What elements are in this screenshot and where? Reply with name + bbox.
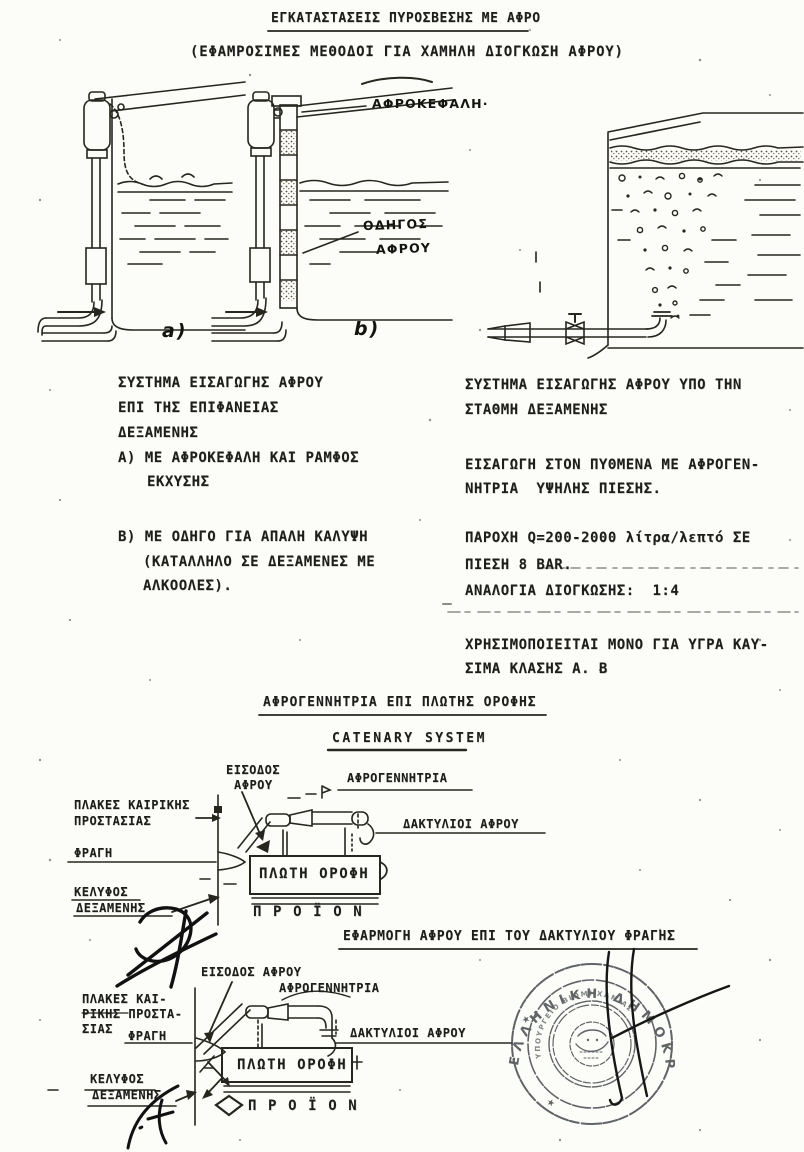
seal-label: ΦΡΑΓΗ (128, 1030, 167, 1044)
diagram-c-subsurface-tank (488, 113, 803, 358)
text-line: ΣΥΣΤΗΜΑ ΕΙΣΑΓΩΓΗΣ ΑΦΡΟΥ ΥΠΟ ΤΗΝ (465, 377, 742, 393)
diagram-b-foam-guide (212, 88, 452, 341)
weather-plates-label: ΠΛΑΚΕΣ ΚΑΙΡΙΚΗΣ (74, 799, 190, 813)
tank-shell-label: ΚΕΛΥΦΟΣ (90, 1073, 144, 1087)
foam-generator-label: ΑΦΡΟΓΕΝΝΗΤΡΙΑ (347, 772, 447, 786)
floating-roof-label: ΠΛΩΤΗ ΟΡΟΦΗ (259, 866, 369, 882)
weather-plates-label: ΠΡΟΣΤΑΣΙΑΣ (74, 815, 151, 829)
text-line: ΕΙΣΑΓΩΓΗ ΣΤΟΝ ΠΥΘΜΕΝΑ ΜΕ ΑΦΡΟΓΕΝ- (465, 457, 760, 473)
text-line: ΣΙΜΑ ΚΛΑΣΗΣ Α. Β (465, 661, 608, 677)
catenary-section-subheading: CATENARY SYSTEM (332, 732, 487, 747)
foam-rings-label: ΔΑΚΤΥΛΙΟΙ ΑΦΡΟΥ (350, 1027, 466, 1041)
diagram-a-caption: a) (162, 322, 188, 341)
page-subtitle: (ΕΦΑΜΡΟΣΙΜΕΣ ΜΕΘΟΔΟΙ ΓΙΑ ΧΑΜΗΛΗ ΔΙΟΓΚΩΣΗ… (190, 44, 624, 60)
text-line: ΑΝΑΛΟΓΙΑ ΔΙΟΓΚΩΣΗΣ: 1:4 (465, 583, 679, 599)
weather-plates-label: ΠΛΑΚΕΣ ΚΑΙ- (82, 993, 167, 1007)
product-label: Π Ρ Ο Ϊ Ο Ν (253, 904, 363, 920)
text-line: Α) ΜΕ ΑΦΡΟΚΕΦΑΛΗ ΚΑΙ ΡΑΜΦΟΣ (118, 450, 359, 466)
text-line: ΣΤΑΘΜΗ ΔΕΞΑΜΕΝΗΣ (465, 402, 608, 418)
foam-inlet-label: ΑΦΡΟΥ (234, 779, 273, 793)
signature-strokes (607, 949, 729, 1105)
text-line: ΕΠΙ ΤΗΣ ΕΠΙΦΑΝΕΙΑΣ (118, 400, 279, 416)
diagram-b-caption: b) (354, 320, 380, 339)
bubble-marks (619, 173, 722, 318)
text-line: Β) ΜΕ ΟΔΗΓΟ ΓΙΑ ΑΠΑΛΗ ΚΑΛΥΨΗ (118, 529, 368, 545)
floating-roof-label: ΠΛΩΤΗ ΟΡΟΦΗ (237, 1057, 347, 1073)
text-line: ΝΗΤΡΙΑ ΥΨΗΛΗΣ ΠΙΕΣΗΣ. (465, 481, 661, 497)
text-line: ΠΑΡΟΧΗ Q=200-2000 λίτρα/λεπτό ΣΕ (465, 530, 751, 546)
text-line: ΠΙΕΣΗ 8 BAR. (465, 557, 572, 573)
foam-inlet-label: ΕΙΣΟΔΟΣ ΑΦΡΟΥ (201, 966, 301, 980)
catenary-section-heading: ΑΦΡΟΓΕΝΝΗΤΡΙΑ ΕΠΙ ΠΛΩΤΗΣ ΟΡΟΦΗΣ (263, 696, 537, 711)
diagram-a-surface-pourer (38, 82, 245, 341)
document-line-art: ΕΛΛΗΝΙΚΗ ΔΗΜΟΚΡΑΤΙΑ ΥΠΟΥΡΓΕΙΟ ΒΙΟΜΗΧΑΝΙΑ… (0, 0, 804, 1152)
foam-inlet-label: ΕΙΣΟΔΟΣ (226, 764, 280, 778)
application-heading: ΕΦΑΡΜΟΓΗ ΑΦΡΟΥ ΕΠΙ ΤΟΥ ΔΑΚΤΥΛΙΟΥ ΦΡΑΓΗΣ (343, 930, 676, 945)
tank-shell-label: ΔΕΞΑΜΕΝΗΣ (92, 1089, 162, 1103)
tank-shell-label: ΔΕΞΑΜΕΝΗΣ (76, 902, 146, 916)
weather-plates-label: ΡΙΚΗΣ ΠΡΟΣΤΑ- (82, 1008, 182, 1022)
text-line: ΔΕΞΑΜΕΝΗΣ (118, 425, 198, 441)
foam-guide-label-line2: ΑΦΡΟΥ (376, 241, 432, 257)
tank-shell-label: ΚΕΛΥΦΟΣ (74, 886, 128, 900)
foam-rings-label: ΔΑΚΤΥΛΙΟΙ ΑΦΡΟΥ (403, 818, 519, 832)
page-title: ΕΓΚΑΤΑΣΤΑΣΕΙΣ ΠΥΡΟΣΒΕΣΗΣ ΜΕ ΑΦΡΟ (271, 12, 541, 27)
product-label: Π Ρ Ο Ϊ Ο Ν (248, 1098, 358, 1114)
text-line: ΧΡΗΣΙΜΟΠΟΙΕΙΤΑΙ ΜΟΝΟ ΓΙΑ ΥΓΡΑ ΚΑΥ- (465, 637, 769, 653)
text-line: ΕΚΧΥΣΗΣ (147, 474, 210, 490)
foam-head-label: ΑΦΡΟΚΕΦΑΛΗ· (372, 97, 489, 111)
text-line: ΣΥΣΤΗΜΑ ΕΙΣΑΓΩΓΗΣ ΑΦΡΟΥ (118, 375, 323, 391)
foam-guide-label-line1: ΟΔΗΓΟΣ (363, 217, 429, 233)
foam-generator-label: ΑΦΡΟΓΕΝΝΗΤΡΙΑ (279, 982, 379, 996)
seal-label: ΦΡΑΓΗ (74, 847, 113, 861)
scanned-document-page: ΕΛΛΗΝΙΚΗ ΔΗΜΟΚΡΑΤΙΑ ΥΠΟΥΡΓΕΙΟ ΒΙΟΜΗΧΑΝΙΑ… (0, 0, 804, 1152)
text-line: (ΚΑΤΑΛΛΗΛΟ ΣΕ ΔΕΞΑΜΕΝΕΣ ΜΕ (143, 554, 375, 570)
stamp-star-icon: ★ (544, 1094, 557, 1111)
weather-plates-label: ΣΙΑΣ (82, 1023, 113, 1037)
text-line: ΑΛΚΟΟΛΕΣ). (143, 578, 232, 594)
